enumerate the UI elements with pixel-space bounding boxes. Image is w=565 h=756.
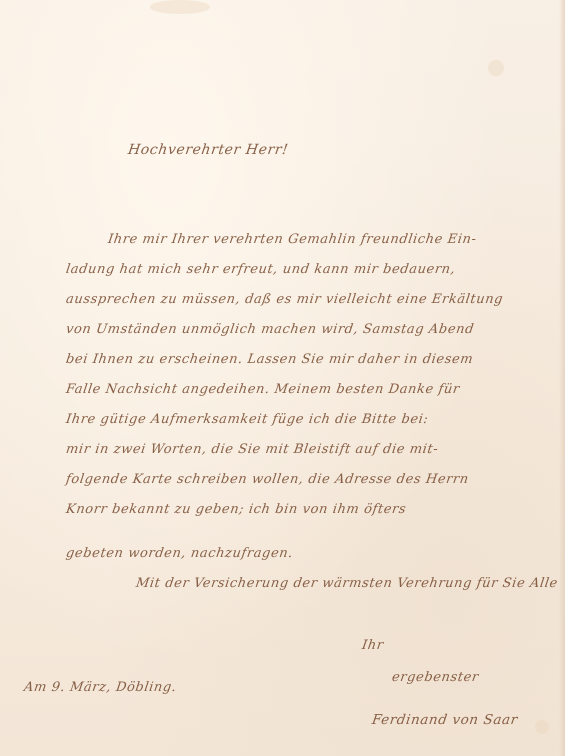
letter-line: Mit der Versicherung der wärmsten Verehr… (135, 576, 559, 591)
letter-line: bei Ihnen zu erscheinen. Lassen Sie mir … (65, 352, 474, 367)
closing-line: Ihr (361, 638, 385, 653)
letter-line: folgende Karte schreiben wollen, die Adr… (65, 472, 470, 487)
letter-line: von Umständen unmöglich machen wird, Sam… (65, 322, 475, 337)
letter-salutation: Hochverehrter Herr! (127, 142, 290, 158)
signature: Ferdinand von Saar (371, 712, 519, 728)
letter-paper (0, 0, 565, 756)
letter-line: gebeten worden, nachzufragen. (65, 546, 294, 561)
letter-line: mir in zwei Worten, die Sie mit Bleistif… (65, 442, 439, 457)
letter-line: ladung hat mich sehr erfreut, und kann m… (65, 262, 456, 277)
dateline: Am 9. März, Döbling. (23, 680, 178, 695)
paper-edge (559, 0, 565, 756)
letter-line: Ihre gütige Aufmerksamkeit füge ich die … (65, 412, 430, 427)
letter-line: aussprechen zu müssen, daß es mir vielle… (65, 292, 504, 307)
paper-stain (150, 0, 210, 14)
closing-line: ergebenster (391, 670, 480, 685)
letter-line: Falle Nachsicht angedeihen. Meinem beste… (65, 382, 461, 397)
paper-stain (488, 60, 504, 76)
letter-line: Knorr bekannt zu geben; ich bin von ihm … (65, 502, 407, 517)
paper-stain (535, 720, 549, 734)
letter-line: Ihre mir Ihrer verehrten Gemahlin freund… (107, 232, 478, 247)
